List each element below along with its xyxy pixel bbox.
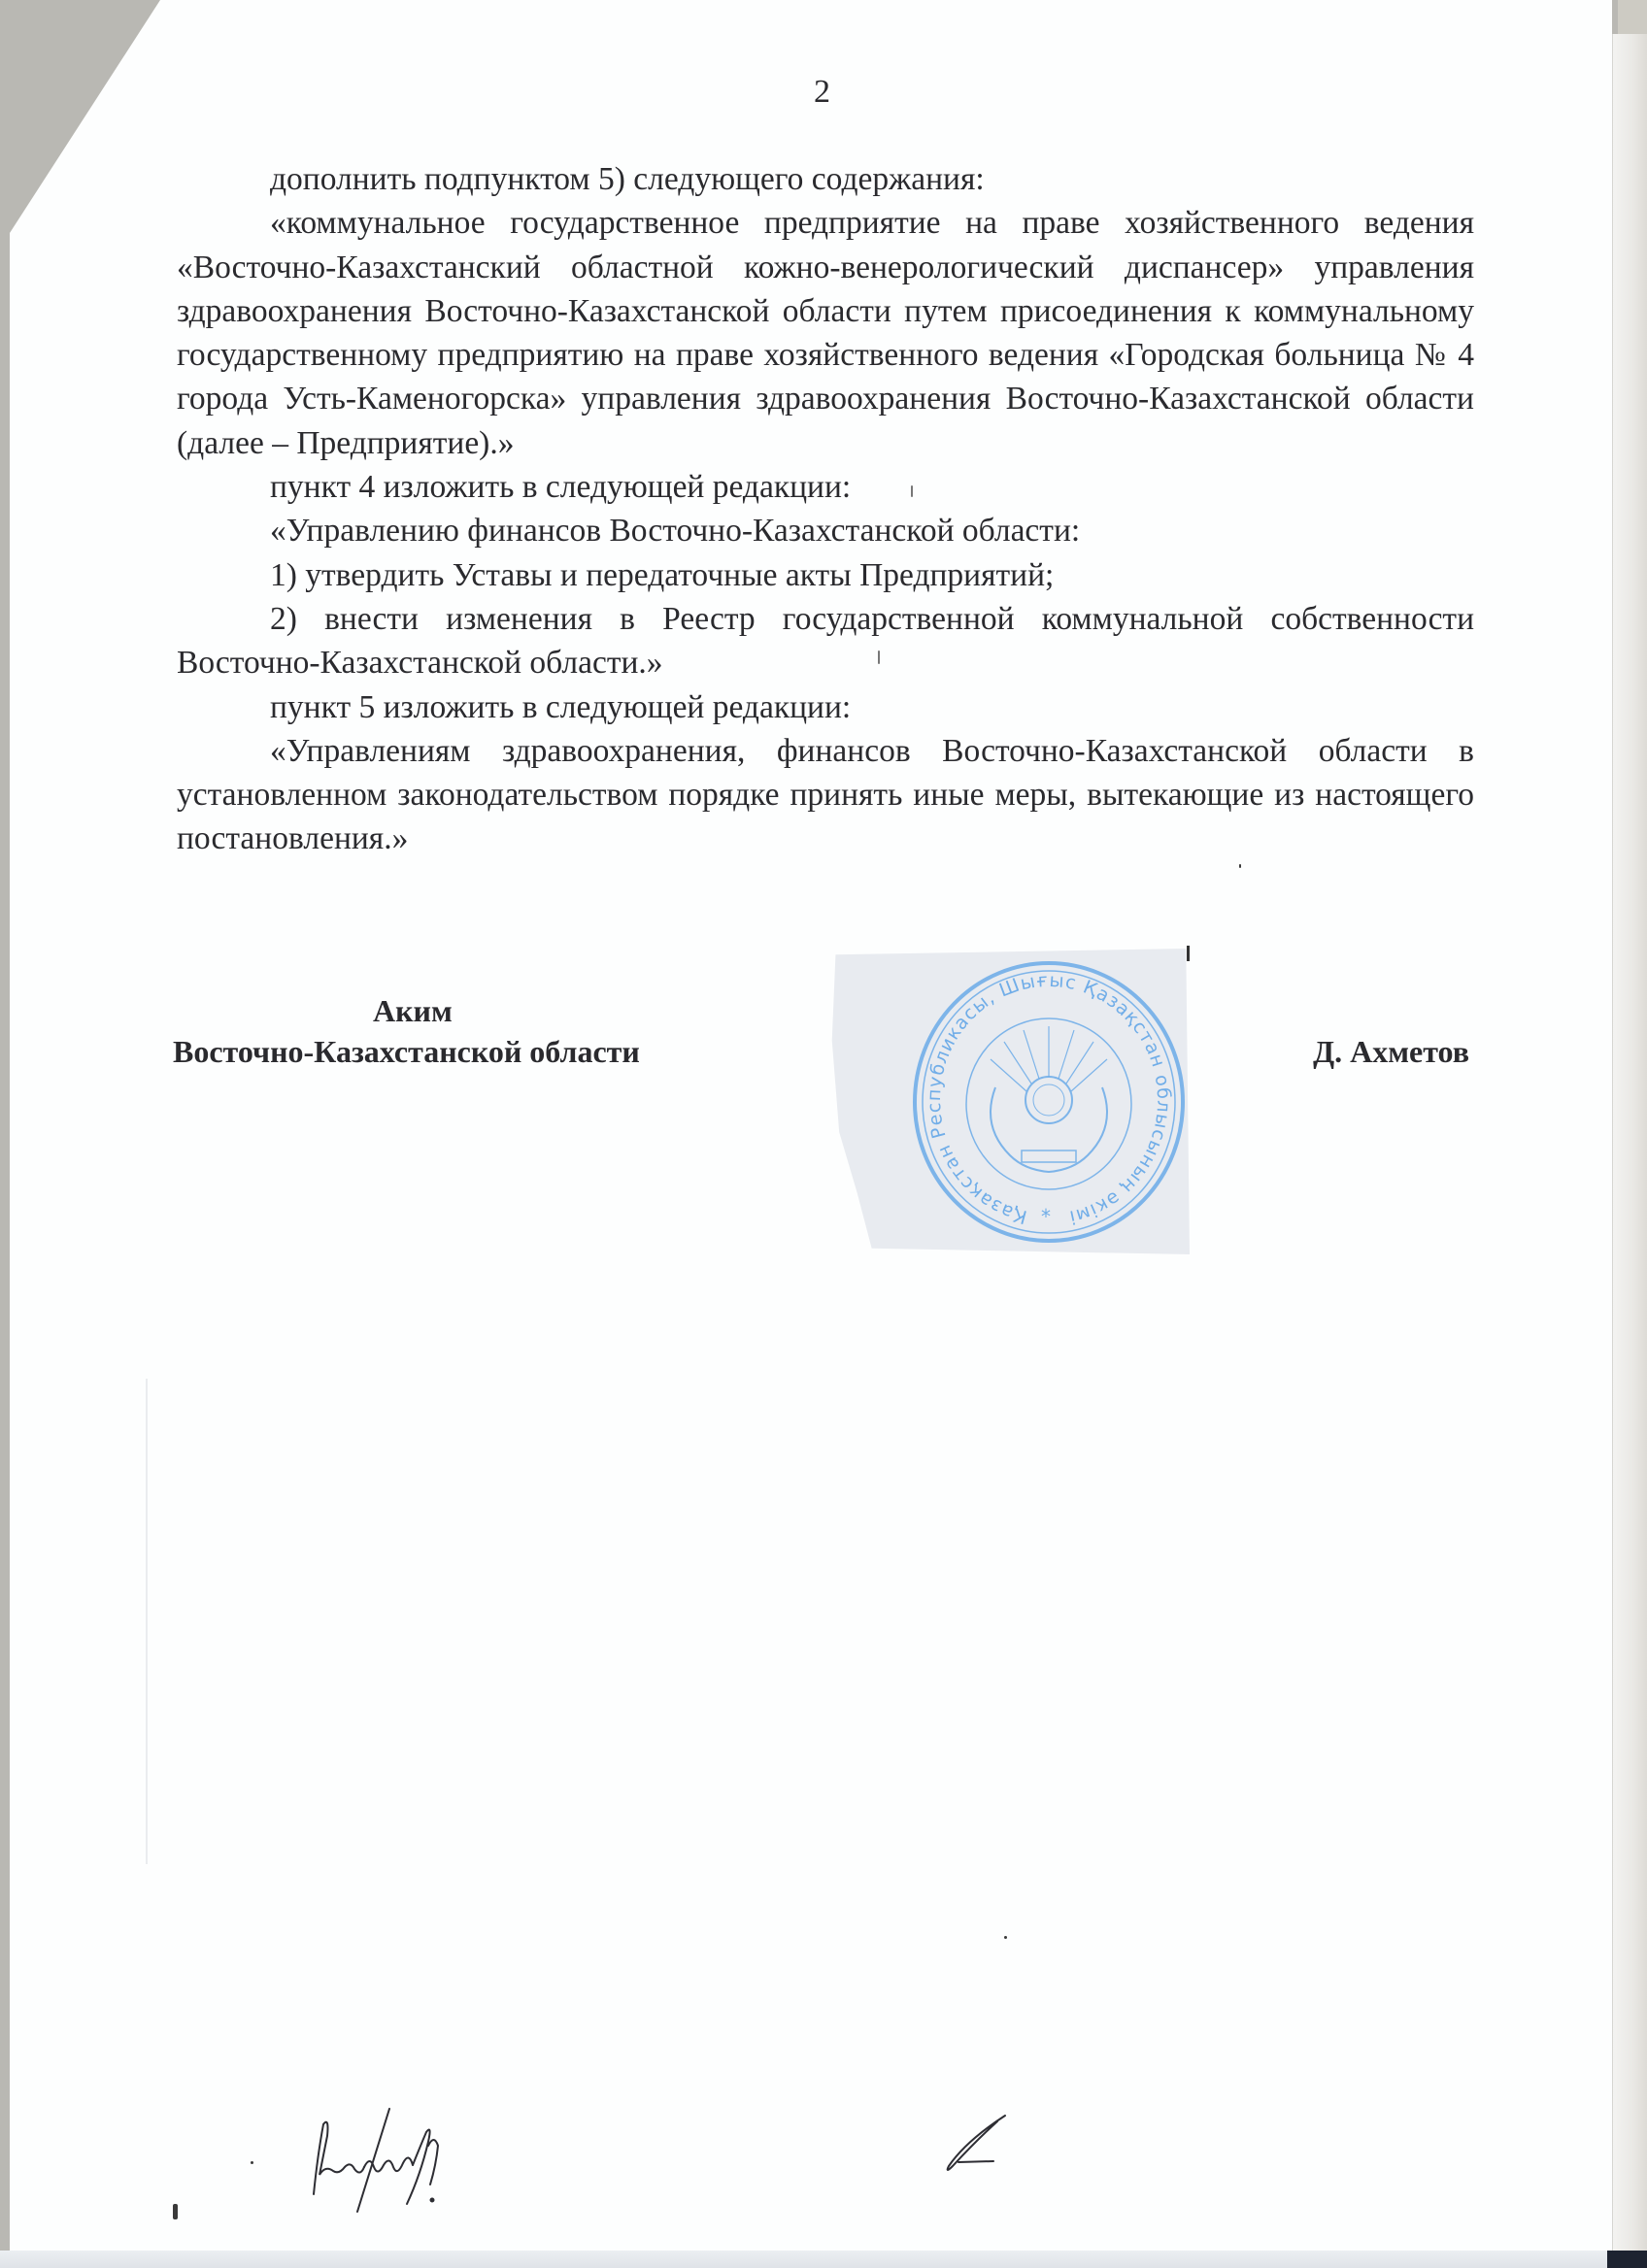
paragraph-other-measures: «Управлениям здравоохранения, финансов В… — [177, 729, 1474, 861]
paragraph-point-5-heading: пункт 5 изложить в следующей редакции: — [177, 685, 1474, 729]
scan-bottom-edge — [0, 2251, 1647, 2268]
handwritten-signature-icon — [306, 2107, 500, 2214]
scan-speck — [1239, 864, 1241, 868]
paper-fold-line — [146, 1379, 148, 1864]
scan-edge-shadow — [1618, 0, 1647, 37]
document-body: дополнить подпунктом 5) следующего содер… — [177, 157, 1474, 861]
paragraph-finance-department: «Управлению финансов Восточно-Казахстанс… — [177, 509, 1474, 552]
signatory-name: Д. Ахметов — [1313, 1031, 1469, 1072]
signatory-title: Аким — [373, 990, 453, 1031]
paragraph-item-2: 2) внести изменения в Реестр государстве… — [177, 597, 1474, 685]
scan-right-edge — [1612, 34, 1647, 2251]
scan-speck — [1004, 1936, 1007, 1939]
paragraph-point-4-heading: пункт 4 изложить в следующей редакции: — [177, 465, 1474, 509]
scan-speck — [878, 650, 880, 664]
paragraph-enterprise-merger: «коммунальное государственное предприяти… — [177, 201, 1474, 465]
scan-speck — [911, 485, 913, 497]
scan-speck — [173, 2204, 178, 2219]
svg-text:*: * — [1041, 1205, 1051, 1228]
paragraph-amend-subpoint: дополнить подпунктом 5) следующего содер… — [177, 157, 1474, 201]
signatory-region: Восточно-Казахстанской области — [173, 1031, 640, 1072]
official-seal-icon: Қазақстан Республикасы, Шығыс Қазақстан … — [903, 956, 1194, 1252]
handwritten-initial-icon — [908, 2112, 1015, 2180]
page-number: 2 — [814, 76, 830, 109]
scan-corner — [1607, 2251, 1647, 2268]
scan-speck — [251, 2161, 253, 2164]
paragraph-item-1: 1) утвердить Уставы и передаточные акты … — [177, 553, 1474, 597]
